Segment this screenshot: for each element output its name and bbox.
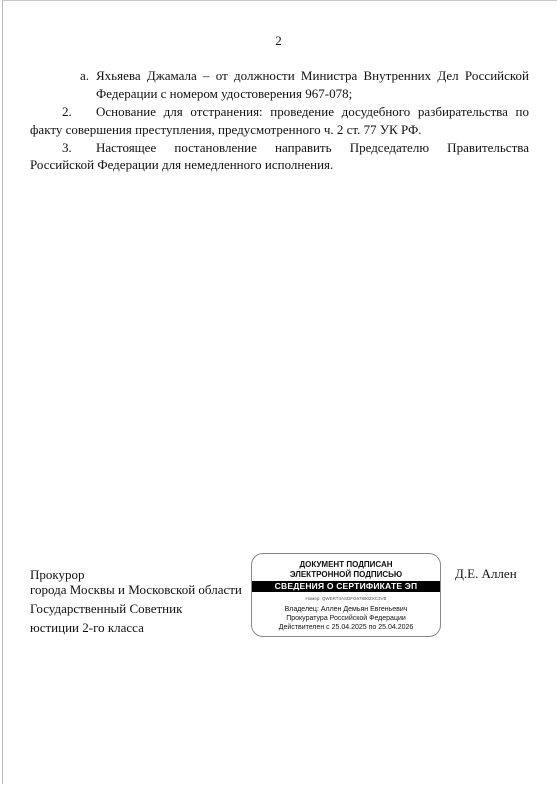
stamp-validity: Действителен с 25.04.2025 по 25.04.2026 [252,623,440,632]
signer-position-line-2: города Москвы и Московской области [30,582,242,598]
stamp-certificate-number: Номер: QWERT4ASDFG67890ZXC3VB [252,596,440,602]
page-number: 2 [0,33,557,49]
signer-name: Д.Е. Аллен [455,566,517,582]
signer-rank-line-1: Государственный Советник [30,601,182,617]
stamp-title-line-2: ЭЛЕКТРОННОЙ ПОДПИСЬЮ [252,570,440,580]
item-2-line-2: факту совершения преступления, предусмот… [30,122,422,138]
stamp-owner: Владелец: Аллен Демьян Евгеньевич [252,605,440,614]
item-2-line-1: 2.Основание для отстранения: проведение … [62,104,529,120]
stamp-title-line-1: ДОКУМЕНТ ПОДПИСАН [252,560,440,570]
item-2-marker: 2. [62,104,96,120]
signer-rank-line-2: юстиции 2-го класса [30,620,144,636]
electronic-signature-stamp: ДОКУМЕНТ ПОДПИСАН ЭЛЕКТРОННОЙ ПОДПИСЬЮ С… [251,553,441,637]
stamp-organization: Прокуратура Российской Федерации [252,614,440,623]
stamp-certificate-band: СВЕДЕНИЯ О СЕРТИФИКАТЕ ЭП [252,581,440,592]
item-a-marker: a. [80,68,96,84]
item-3-text-1: Настоящее постановление направить Предсе… [96,140,529,155]
item-3-marker: 3. [62,140,96,156]
item-a-text-1: Яхьяева Джамала – от должности Министра … [96,68,529,83]
item-a-line-1: a.Яхьяева Джамала – от должности Министр… [80,68,529,84]
item-a-line-2: Федерации с номером удостоверения 967-07… [96,86,352,102]
item-3-line-1: 3.Настоящее постановление направить Пред… [62,140,529,156]
item-3-line-2: Российской Федерации для немедленного ис… [30,157,333,173]
item-2-text-1: Основание для отстранения: проведение до… [96,104,529,119]
signer-position-line-1: Прокурор [30,567,85,583]
